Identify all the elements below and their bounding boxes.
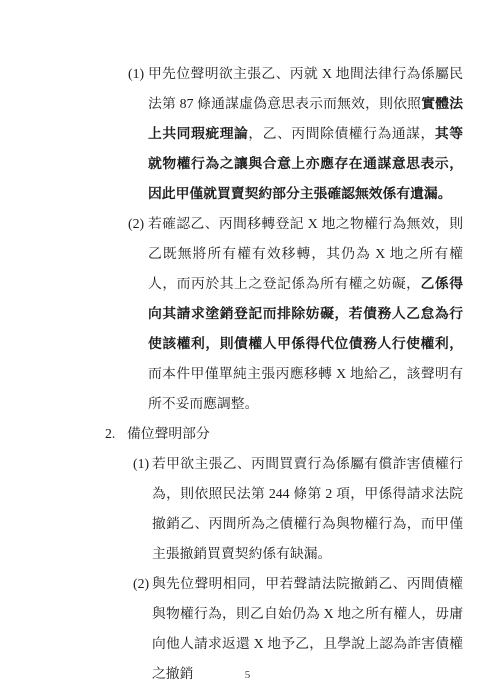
page-number: 5 — [0, 669, 495, 681]
item-marker-1-2: (2) — [128, 209, 144, 239]
list-item-1-1: (1) 甲先位聲明欲主張乙、丙就 X 地間法律行為係屬民法第 87 條通謀虛偽意… — [0, 59, 495, 209]
text-run: 而本件甲僅單純主張丙應移轉 X 地給乙，該聲明有所不妥而應調整。 — [148, 366, 463, 411]
item-marker-2-1: (1) — [133, 449, 149, 479]
item-marker-1-1: (1) — [128, 59, 144, 89]
text-content: (1) 甲先位聲明欲主張乙、丙就 X 地間法律行為係屬民法第 87 條通謀虛偽意… — [0, 59, 495, 689]
text-run: 若確認乙、丙間移轉登記 X 地之物權行為無效，則乙既無將所有權有效移轉，其仍為 … — [148, 216, 463, 291]
text-run: 甲先位聲明欲主張乙、丙就 X 地間法律行為係屬民法第 87 條通謀虛偽意思表示而… — [148, 66, 463, 111]
item-text-2-1: 若甲欲主張乙、丙間買賣行為係屬有償詐害債權行為，則依照民法第 244 條第 2 … — [152, 449, 463, 569]
section-number: 2. — [105, 419, 115, 449]
list-item-1-2: (2) 若確認乙、丙間移轉登記 X 地之物權行為無效，則乙既無將所有權有效移轉，… — [0, 209, 495, 419]
section-heading-2: 2. 備位聲明部分 — [0, 419, 495, 449]
item-marker-2-2: (2) — [133, 569, 149, 599]
text-run: 若甲欲主張乙、丙間買賣行為係屬有償詐害債權行為，則依照民法第 244 條第 2 … — [152, 456, 463, 561]
text-run: ，乙、丙間除債權行為通謀， — [248, 126, 434, 141]
item-text-1-2: 若確認乙、丙間移轉登記 X 地之物權行為無效，則乙既無將所有權有效移轉，其仍為 … — [148, 209, 463, 419]
list-item-2-1: (1) 若甲欲主張乙、丙間買賣行為係屬有償詐害債權行為，則依照民法第 244 條… — [0, 449, 495, 569]
document-page: (1) 甲先位聲明欲主張乙、丙就 X 地間法律行為係屬民法第 87 條通謀虛偽意… — [0, 0, 495, 700]
item-text-1-1: 甲先位聲明欲主張乙、丙就 X 地間法律行為係屬民法第 87 條通謀虛偽意思表示而… — [148, 59, 463, 209]
section-title: 備位聲明部分 — [127, 419, 495, 449]
text-run: 與先位聲明相同，甲若聲請法院撤銷乙、丙間債權與物權行為，則乙自始仍為 X 地之所… — [152, 576, 463, 681]
